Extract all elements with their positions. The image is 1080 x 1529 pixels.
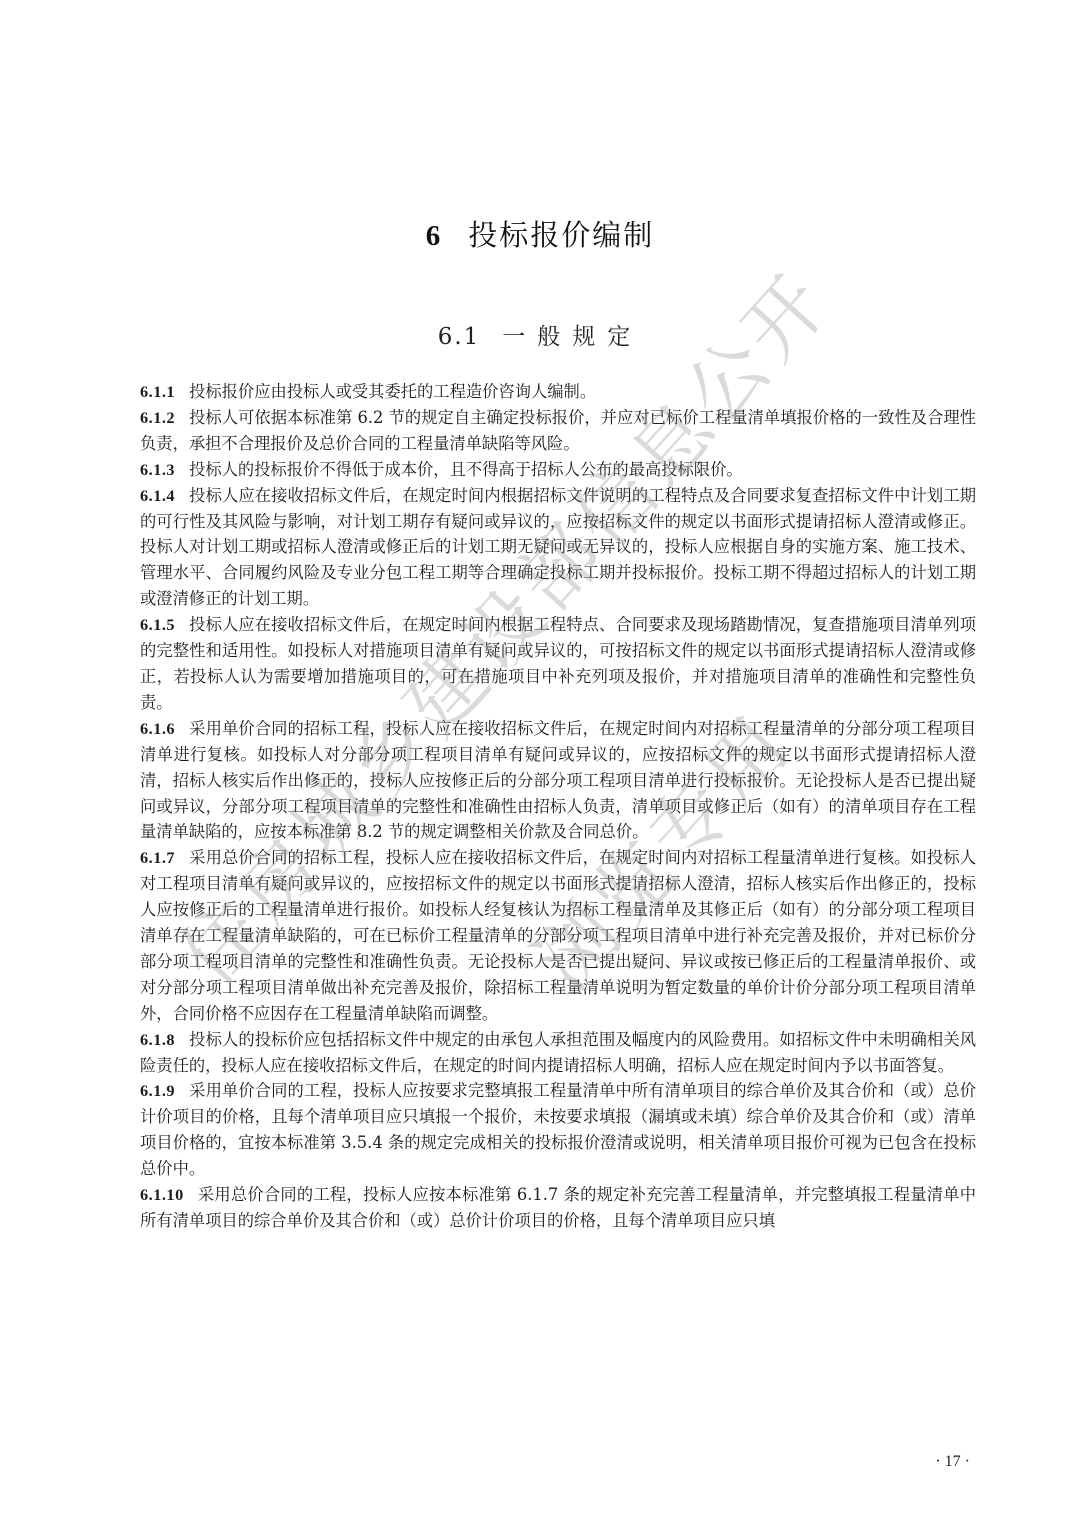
clause-text: 投标人的投标价应包括招标文件中规定的由承包人承担范围及幅度内的风险费用。如招标文…	[140, 1030, 976, 1075]
section-number: 6.1	[438, 324, 481, 350]
clause-number: 6.1.10	[140, 1185, 184, 1204]
clause-number: 6.1.9	[140, 1081, 175, 1100]
clause-6-1-1: 6.1.1投标报价应由投标人或受其委托的工程造价咨询人编制。	[140, 379, 976, 405]
clause-text: 采用总价合同的招标工程，投标人应在接收招标文件后，在规定时间内对招标工程量清单进…	[140, 848, 976, 1022]
clause-6-1-9: 6.1.9采用单价合同的工程，投标人应按要求完整填报工程量清单中所有清单项目的综…	[140, 1078, 976, 1182]
clause-text: 投标人应在接收招标文件后，在规定时间内根据工程特点、合同要求及现场踏勘情况，复查…	[140, 615, 976, 712]
clause-number: 6.1.7	[140, 848, 175, 867]
clause-number: 6.1.5	[140, 615, 175, 634]
document-page: 6投标报价编制 6.1一般规定 6.1.1投标报价应由投标人或受其委托的工程造价…	[0, 0, 1080, 1529]
clause-text: 投标人应在接收招标文件后，在规定时间内根据招标文件说明的工程特点及合同要求复查招…	[140, 486, 976, 609]
chapter-title: 6投标报价编制	[0, 213, 1080, 254]
clause-number: 6.1.2	[140, 408, 175, 427]
clause-list: 6.1.1投标报价应由投标人或受其委托的工程造价咨询人编制。 6.1.2投标人可…	[140, 379, 976, 1234]
page-number: · 17 ·	[935, 1453, 970, 1471]
clause-number: 6.1.8	[140, 1030, 175, 1049]
clause-number: 6.1.1	[140, 382, 175, 401]
clause-text: 投标人可依据本标准第 6.2 节的规定自主确定投标报价，并应对已标价工程量清单填…	[140, 408, 976, 453]
section-title-text: 一般规定	[502, 324, 642, 350]
chapter-number: 6	[426, 220, 443, 252]
section-title: 6.1一般规定	[0, 318, 1080, 351]
clause-6-1-2: 6.1.2投标人可依据本标准第 6.2 节的规定自主确定投标报价，并应对已标价工…	[140, 405, 976, 457]
clause-text: 采用单价合同的招标工程，投标人应在接收招标文件后，在规定时间内对招标工程量清单的…	[140, 719, 976, 842]
clause-6-1-4: 6.1.4投标人应在接收招标文件后，在规定时间内根据招标文件说明的工程特点及合同…	[140, 483, 976, 613]
clause-6-1-10: 6.1.10采用总价合同的工程，投标人应按本标准第 6.1.7 条的规定补充完善…	[140, 1182, 976, 1234]
clause-number: 6.1.6	[140, 719, 175, 738]
clause-6-1-6: 6.1.6采用单价合同的招标工程，投标人应在接收招标文件后，在规定时间内对招标工…	[140, 716, 976, 846]
clause-text: 投标人的投标报价不得低于成本价，且不得高于招标人公布的最高投标限价。	[189, 460, 743, 479]
clause-6-1-8: 6.1.8投标人的投标价应包括招标文件中规定的由承包人承担范围及幅度内的风险费用…	[140, 1027, 976, 1079]
clause-6-1-3: 6.1.3投标人的投标报价不得低于成本价，且不得高于招标人公布的最高投标限价。	[140, 457, 976, 483]
clause-number: 6.1.4	[140, 486, 175, 505]
clause-6-1-5: 6.1.5投标人应在接收招标文件后，在规定时间内根据工程特点、合同要求及现场踏勘…	[140, 612, 976, 716]
chapter-title-text: 投标报价编制	[468, 218, 654, 252]
clause-text: 采用单价合同的工程，投标人应按要求完整填报工程量清单中所有清单项目的综合单价及其…	[140, 1081, 976, 1178]
clause-6-1-7: 6.1.7采用总价合同的招标工程，投标人应在接收招标文件后，在规定时间内对招标工…	[140, 845, 976, 1026]
clause-text: 采用总价合同的工程，投标人应按本标准第 6.1.7 条的规定补充完善工程量清单，…	[140, 1185, 976, 1230]
clause-number: 6.1.3	[140, 460, 175, 479]
clause-text: 投标报价应由投标人或受其委托的工程造价咨询人编制。	[189, 382, 596, 401]
